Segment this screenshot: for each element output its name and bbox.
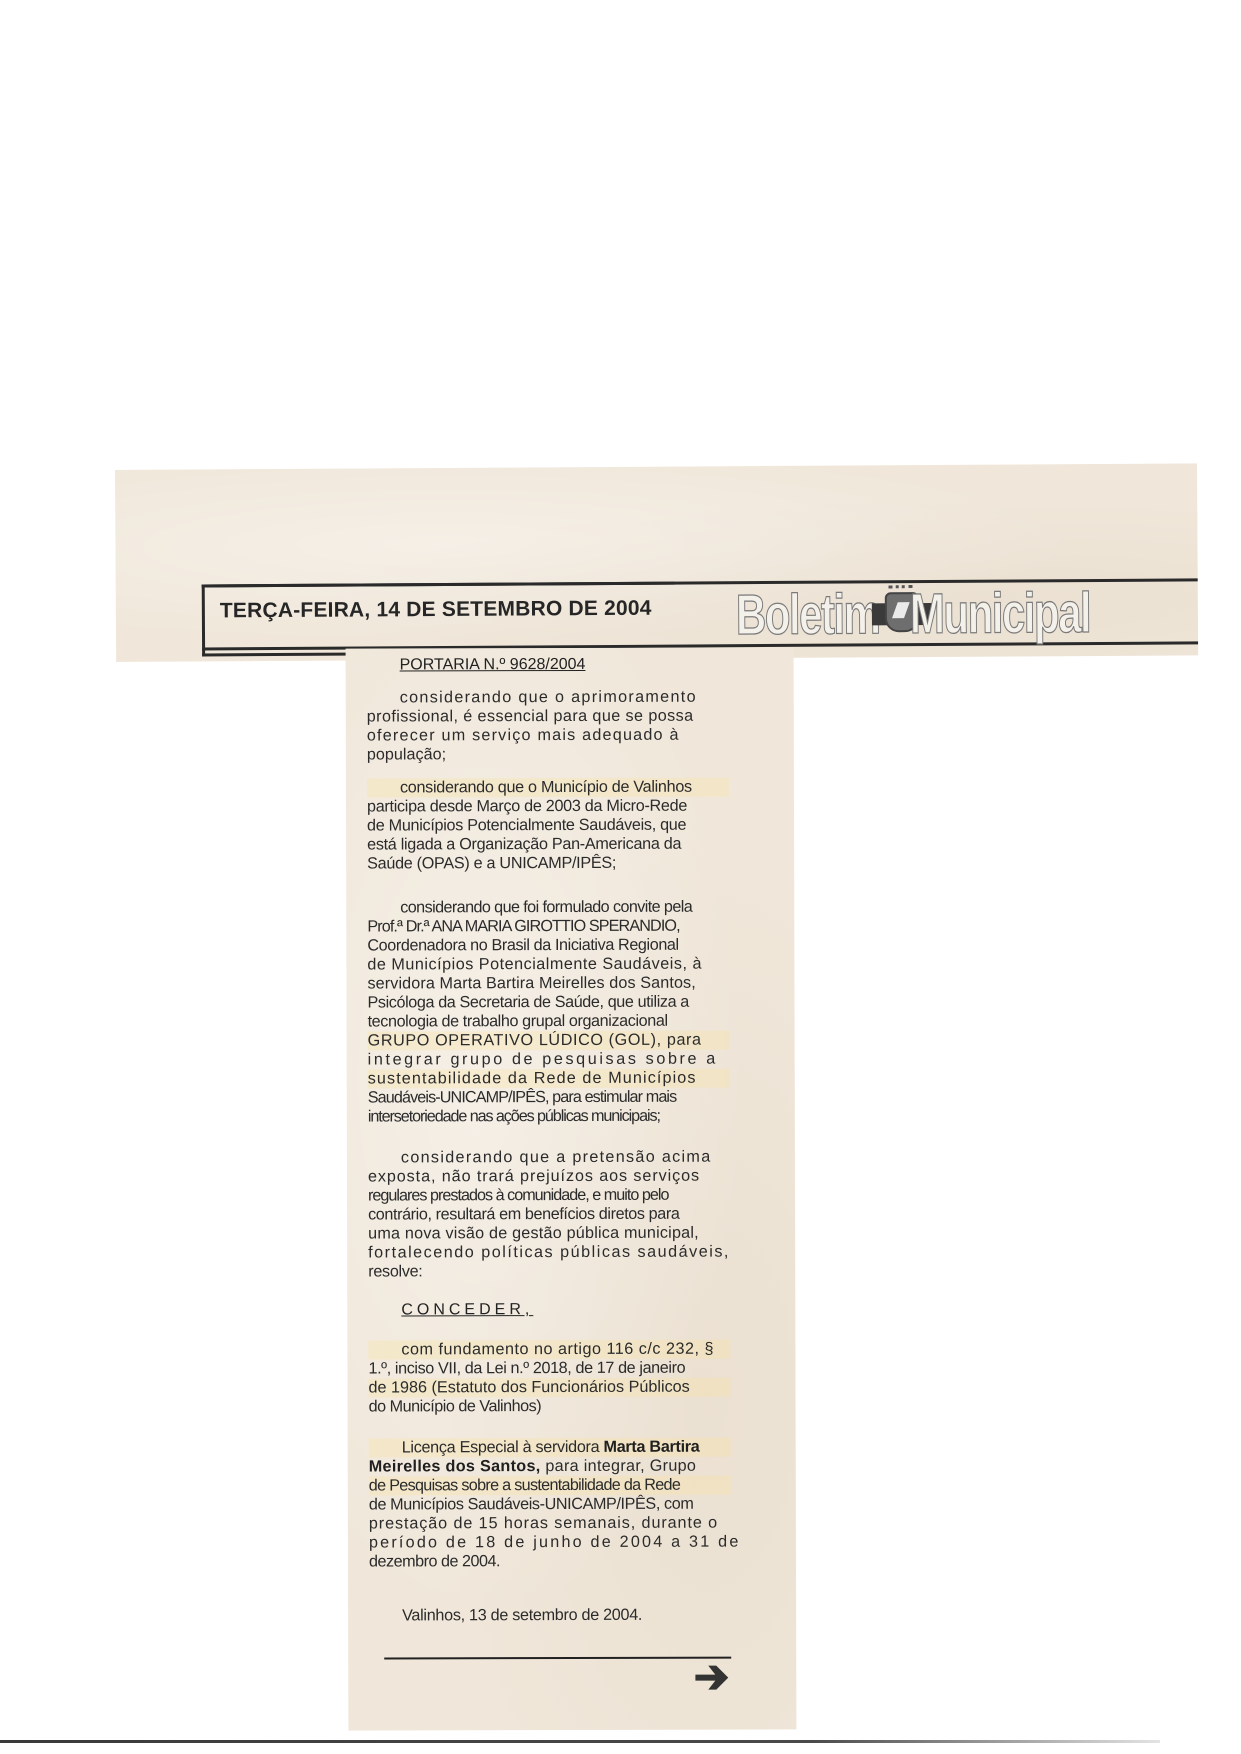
signoff-place-date: Valinhos, 13 de setembro de 2004. (402, 1606, 642, 1626)
paragraph-line: regulares prestados à comunidade, e muit… (368, 1186, 730, 1206)
paragraph-line: período de 18 de junho de 2004 a 31 de (369, 1533, 731, 1553)
paragraph-line: participa desde Março de 2003 da Micro-R… (367, 797, 729, 817)
paragraph-line: de Municípios Saudáveis-UNICAMP/IPÊS, co… (369, 1495, 731, 1515)
employee-name: Meirelles dos Santos, (369, 1457, 541, 1475)
masthead-logo: Boletim Municipal (736, 584, 1176, 645)
paragraph-1: considerando que o aprimoramento profiss… (367, 688, 729, 765)
paragraph-line: Psicóloga da Secretaria de Saúde, que ut… (367, 993, 729, 1013)
paragraph-line: considerando que o aprimoramento (367, 688, 729, 708)
paragraph-line: 1.º, inciso VII, da Lei n.º 2018, de 17 … (368, 1359, 730, 1379)
paragraph-line: fortalecendo políticas públicas saudávei… (368, 1243, 730, 1263)
paragraph-line: intersetoriedade nas ações públicas muni… (368, 1107, 730, 1127)
paragraph-line: Saudáveis-UNICAMP/IPÊS, para estimular m… (368, 1088, 730, 1108)
paragraph-line: com fundamento no artigo 116 c/c 232, § (368, 1340, 730, 1360)
paragraph-line: servidora Marta Bartira Meirelles dos Sa… (367, 974, 729, 994)
paragraph-line: de 1986 (Estatuto dos Funcionários Públi… (368, 1378, 730, 1398)
paragraph-line: oferecer um serviço mais adequado à (367, 726, 729, 746)
paragraph-line: de Municípios Potencialmente Saudáveis, … (367, 955, 729, 975)
paragraph-line: Saúde (OPAS) e a UNICAMP/IPÊS; (367, 854, 729, 874)
paragraph-2: considerando que o Município de Valinhos… (367, 778, 729, 874)
legal-basis: com fundamento no artigo 116 c/c 232, § … (368, 1340, 730, 1417)
paragraph-line: de Municípios Potencialmente Saudáveis, … (367, 816, 729, 836)
paragraph-line: contrário, resultará em benefícios diret… (368, 1205, 730, 1225)
paragraph-line: população; (367, 745, 729, 765)
article-column-clipping: PORTARIA N.º 9628/2004 considerando que … (346, 647, 797, 1730)
bottom-rule (384, 1657, 731, 1660)
portaria-title: PORTARIA N.º 9628/2004 (400, 656, 586, 674)
resolution-verb: CONCEDER, (401, 1301, 533, 1319)
masthead-word-municipal: Municipal (910, 585, 1091, 643)
paragraph-line: considerando que o Município de Valinhos (367, 778, 729, 798)
paragraph-line: prestação de 15 horas semanais, durante … (369, 1514, 731, 1534)
arrow-right-icon (695, 1664, 729, 1692)
newspaper-header-clipping: TERÇA-FEIRA, 14 DE SETEMBRO DE 2004 Bole… (115, 463, 1198, 662)
paragraph-line: dezembro de 2004. (369, 1552, 731, 1572)
paragraph-line: está ligada a Organização Pan-Americana … (367, 835, 729, 855)
paragraph-line: considerando que foi formulado convite p… (367, 898, 729, 918)
grant-text: para integrar, Grupo (541, 1457, 697, 1475)
paragraph-line: considerando que a pretensão acima (368, 1148, 730, 1168)
paragraph-line: Prof.ª Dr.ª ANA MARIA GIROTTIO SPERANDIO… (367, 917, 729, 937)
employee-name: Marta Bartira (604, 1438, 700, 1456)
paragraph-line: integrar grupo de pesquisas sobre a (368, 1050, 730, 1070)
paragraph-3: considerando que foi formulado convite p… (367, 898, 730, 1127)
paragraph-line: de Pesquisas sobre a sustentabilidade da… (369, 1476, 731, 1496)
grant-paragraph: Licença Especial à servidora Marta Barti… (369, 1438, 731, 1572)
paragraph-line: GRUPO OPERATIVO LÚDICO (GOL), para (368, 1031, 730, 1051)
paragraph-line: resolve: (368, 1262, 730, 1282)
publication-date: TERÇA-FEIRA, 14 DE SETEMBRO DE 2004 (220, 597, 652, 624)
scan-edge-line (0, 1740, 1160, 1743)
paragraph-line: sustentabilidade da Rede de Municípios (368, 1069, 730, 1089)
masthead-word-boletim: Boletim (736, 586, 880, 644)
paragraph-line: do Município de Valinhos) (369, 1397, 731, 1417)
paragraph-line: uma nova visão de gestão pública municip… (368, 1224, 730, 1244)
paragraph-line: profissional, é essencial para que se po… (367, 707, 729, 727)
paragraph-line: Coordenadora no Brasil da Iniciativa Reg… (367, 936, 729, 956)
paragraph-line: exposta, não trará prejuízos aos serviço… (368, 1167, 730, 1187)
paragraph-line: tecnologia de trabalho grupal organizaci… (368, 1012, 730, 1032)
grant-text: Licença Especial à servidora (402, 1438, 604, 1457)
paragraph-4: considerando que a pretensão acima expos… (368, 1148, 730, 1282)
